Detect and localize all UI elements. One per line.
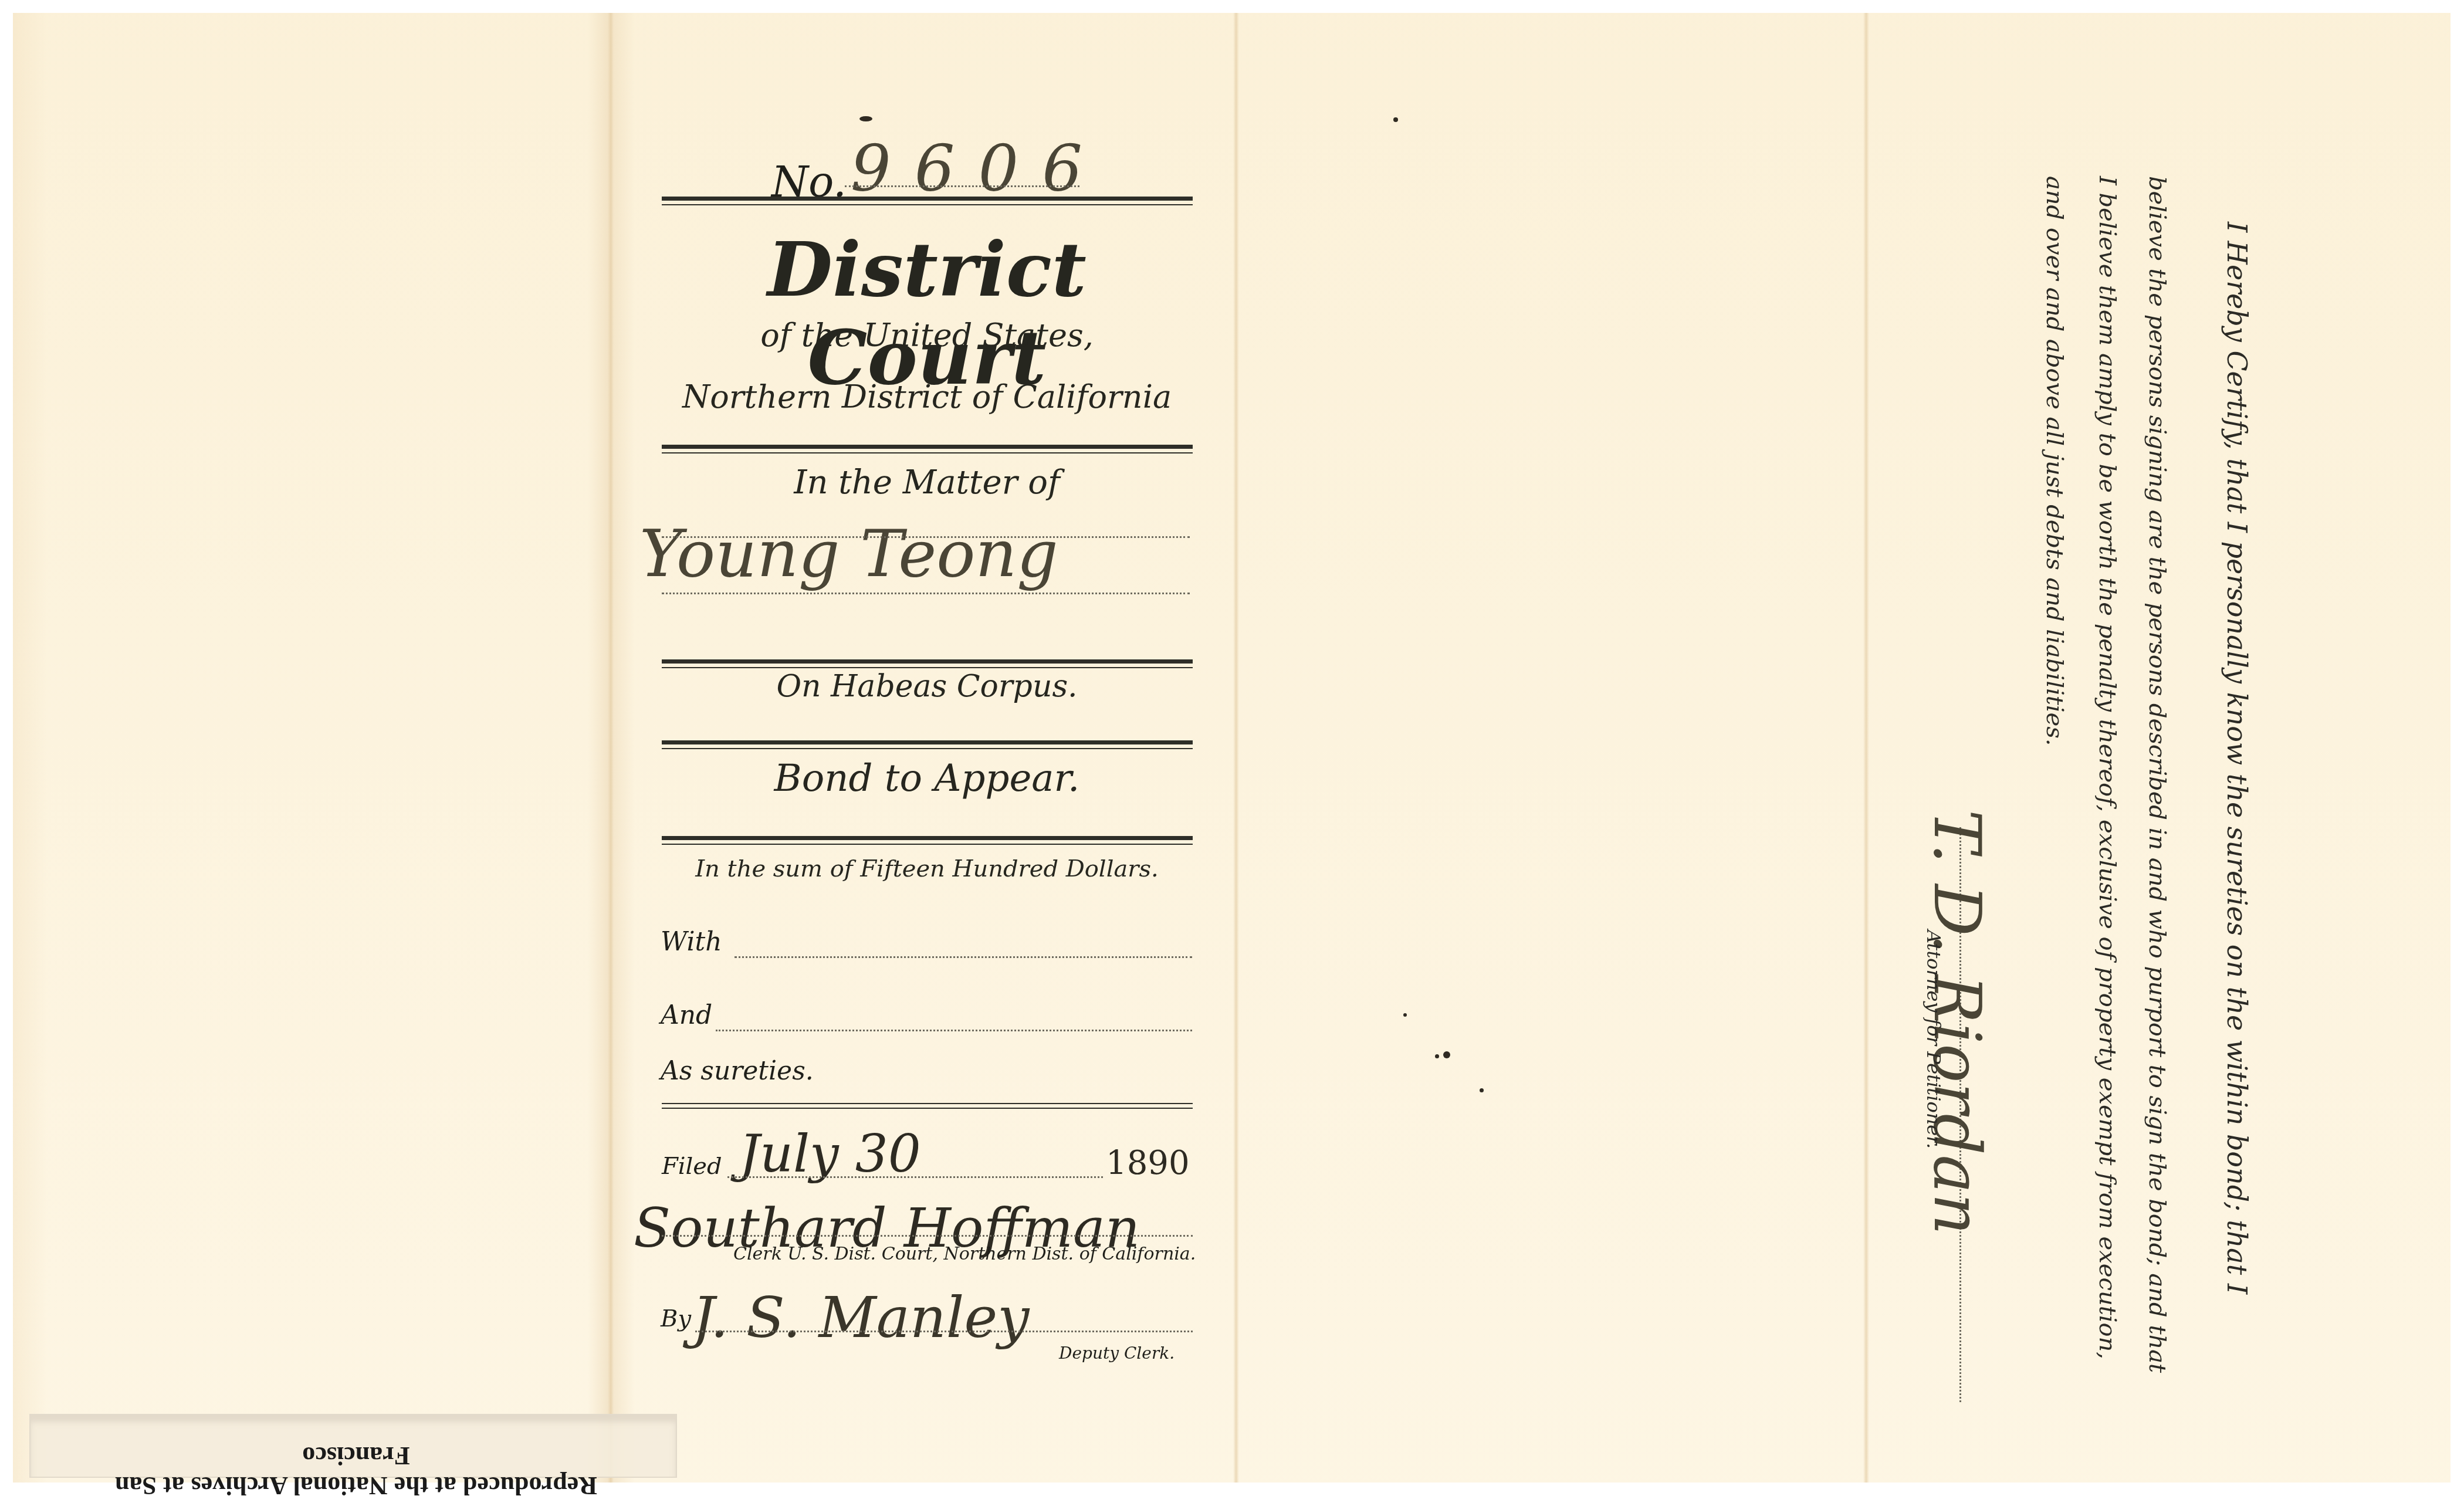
ink-speck: [1393, 117, 1398, 122]
with-field[interactable]: [735, 956, 1192, 958]
court-subtitle-1: of the United States,: [651, 317, 1203, 354]
certificate-line-4: and over and above all just debts and li…: [2041, 176, 2068, 746]
rule-thin-double: [662, 1103, 1193, 1109]
sureties-label: As sureties.: [661, 1056, 814, 1086]
filed-date: July 30: [739, 1123, 921, 1184]
rule-double: [662, 659, 1193, 668]
certificate-line-1: I Hereby Certify, that I personally know…: [2221, 222, 2253, 1294]
ink-speck: [1443, 1051, 1450, 1058]
clerk-title: Clerk U. S. Dist. Court, Northern Dist. …: [733, 1244, 1196, 1264]
archive-label: Reproduced at the National Archives at S…: [29, 1414, 677, 1478]
document-paper: [13, 13, 2451, 1483]
and-field[interactable]: [716, 1030, 1192, 1031]
clerk-line: [662, 1235, 1193, 1237]
case-number: 9606: [851, 132, 1106, 205]
matter-label: In the Matter of: [651, 463, 1203, 502]
deputy-signature: J. S. Manley: [692, 1285, 1030, 1351]
rule-double: [662, 740, 1193, 749]
rule-double: [662, 445, 1193, 453]
sum-text: In the sum of Fifteen Hundred Dollars.: [651, 855, 1203, 882]
ink-speck: [859, 116, 872, 121]
filed-year: 1890: [1106, 1144, 1190, 1182]
fold-line-right: [1863, 13, 1869, 1483]
fold-line-center: [1233, 13, 1239, 1483]
and-label: And: [661, 1000, 712, 1030]
document-title: Bond to Appear.: [651, 757, 1203, 800]
by-label: By: [661, 1305, 691, 1332]
court-subtitle-2: Northern District of California: [651, 378, 1203, 415]
fold-line-left: [608, 13, 614, 1483]
archive-label-text: Reproduced at the National Archives at S…: [83, 1441, 629, 1496]
attorney-title: Attorney for Petitioner.: [1923, 930, 1945, 1149]
number-line: [845, 185, 1079, 187]
certificate-line-2: believe the persons signing are the pers…: [2144, 176, 2171, 1373]
filed-label: Filed: [662, 1153, 722, 1180]
matter-name: Young Teong: [639, 516, 1058, 591]
ink-speck: [1435, 1054, 1439, 1058]
court-title: District Court: [651, 226, 1203, 402]
deputy-title: Deputy Clerk.: [1059, 1343, 1175, 1363]
with-label: With: [661, 927, 722, 957]
filed-line: [727, 1176, 1103, 1178]
matter-line-2: [662, 593, 1190, 594]
deputy-line: [695, 1331, 1193, 1332]
ink-speck: [1480, 1088, 1484, 1092]
proceeding: On Habeas Corpus.: [651, 669, 1203, 704]
rule-double: [662, 197, 1193, 205]
rule-double: [662, 836, 1193, 845]
matter-line-1: [662, 536, 1190, 538]
certificate-line-3: I believe them amply to be worth the pen…: [2094, 176, 2121, 1359]
ink-speck: [1403, 1013, 1407, 1017]
